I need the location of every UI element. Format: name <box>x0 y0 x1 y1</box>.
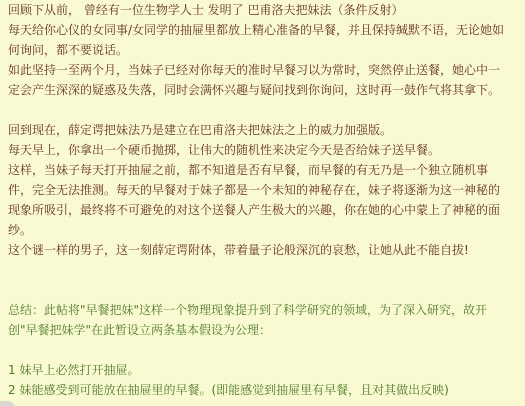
axioms-list: 1 妹早上必然打开抽屉。2 妹能感受到可能放在抽屉里的早餐。(即能感觉到抽屉里有… <box>8 360 517 400</box>
schrodinger-method-paragraphs: 回到现在，薛定谔把妹法乃是建立在巴甫洛夫把妹法之上的威力加强版。每天早上，你拿出… <box>8 120 517 260</box>
pavlov-method-paragraphs: 回顾下从前， 曾经有一位生物学人士 发明了 巴甫洛夫把妹法（条件反射）每天给你心… <box>8 0 517 100</box>
text-line: 现象所吸引，最终将不可避免的对这个送餐人产生极大的兴趣，你在她的心中蒙上了神秘的… <box>8 200 517 220</box>
text-line: 定会产生深深的疑惑及失落，同时会满怀兴趣与疑问找到你询问，这时再一鼓作气将其拿下… <box>8 80 517 100</box>
text-line: 何询问，都不要说话。 <box>8 40 517 60</box>
text-line: 创"早餐把妹学"在此暂设立两条基本假设为公理： <box>8 320 517 340</box>
text-line: 回到现在，薛定谔把妹法乃是建立在巴甫洛夫把妹法之上的威力加强版。 <box>8 120 517 140</box>
text-line: 回顾下从前， 曾经有一位生物学人士 发明了 巴甫洛夫把妹法（条件反射） <box>8 0 517 20</box>
text-line: 纱。 <box>8 220 517 240</box>
text-line: 每天早上，你拿出一个硬币抛掷，让伟大的随机性来决定今天是否给妹子送早餐。 <box>8 140 517 160</box>
text-line: 如此坚持一至两个月，当妹子已经对你每天的准时早餐习以为常时，突然停止送餐，她心中… <box>8 60 517 80</box>
summary-paragraph: 总结：此帖将"早餐把妹"这样一个物理现象提升到了科学研究的领域，为了深入研究，故… <box>8 300 517 340</box>
text-line: 这个谜一样的男子，这一刻薛定谔附体，带着量子论般深沉的哀愁，让她从此不能自拔! <box>8 240 517 260</box>
post-body: 回顾下从前， 曾经有一位生物学人士 发明了 巴甫洛夫把妹法（条件反射）每天给你心… <box>0 0 525 406</box>
text-line: 总结：此帖将"早餐把妹"这样一个物理现象提升到了科学研究的领域，为了深入研究，故… <box>8 300 517 320</box>
text-line: 这样，当妹子每天打开抽屉之前，都不知道是否有早餐，而早餐的有无乃是一个独立随机事 <box>8 160 517 180</box>
text-line: 件，完全无法推测。每天的早餐对于妹子都是一个未知的神秘存在，妹子将逐渐为这一神秘… <box>8 180 517 200</box>
text-line: 2 妹能感受到可能放在抽屉里的早餐。(即能感觉到抽屉里有早餐，且对其做出反映) <box>8 380 517 400</box>
text-line: 每天给你心仪的女同事/女同学的抽屉里都放上精心准备的早餐，并且保持缄默不语，无论… <box>8 20 517 40</box>
text-line: 1 妹早上必然打开抽屉。 <box>8 360 517 380</box>
post-page: { "page": { "background_color": "#FAFAD2… <box>0 0 525 406</box>
